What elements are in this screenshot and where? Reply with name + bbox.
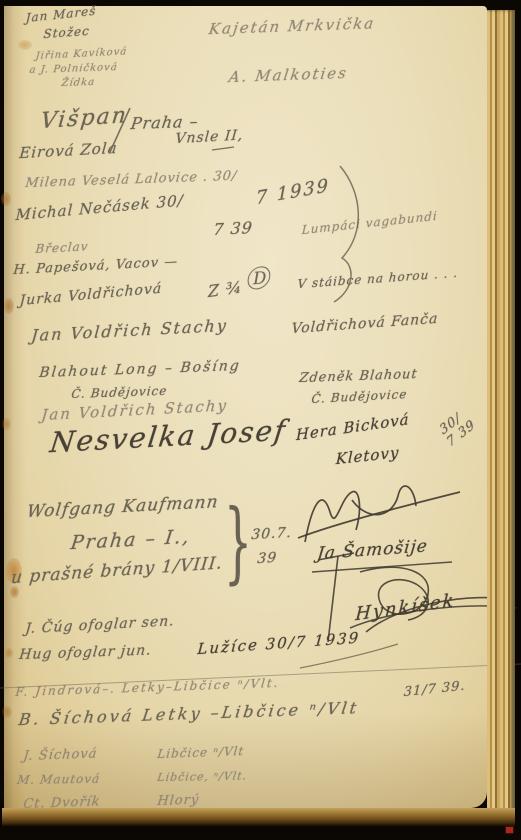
foxing-stain: [18, 40, 32, 50]
signature-m-mautova: M. Mautová: [16, 773, 101, 787]
foxing-stain: [1, 192, 11, 206]
foxing-stain: [2, 418, 11, 430]
foxing-stain: [4, 298, 14, 314]
corner-red-marker: [505, 826, 514, 834]
place-libcice-1: Libčice ⁿ/Vlt: [157, 745, 245, 761]
foxing-stain: [5, 648, 13, 658]
place-libcice-2: Libčice, ⁿ/Vlt.: [157, 770, 248, 783]
signature-vispan: Višpan: [40, 104, 129, 133]
circled-d-mark: Ⓓ: [244, 266, 271, 293]
curly-brace: }: [224, 496, 253, 588]
scanned-guestbook-page: Jan Mareš Stožec Jiřina Kavíková a J. Po…: [0, 0, 521, 840]
book-page-edges: [487, 10, 515, 822]
place-hlory: Hlorý: [157, 794, 200, 809]
book-bottom-edge: [2, 808, 515, 826]
date-39: 39: [257, 551, 278, 567]
date-30-7: 30.7.: [251, 526, 293, 543]
foxing-stain: [2, 706, 12, 718]
signature-zidka: Žídka: [61, 78, 96, 90]
signature-j-sichova: J. Šíchová: [23, 747, 99, 763]
signature-breclav: Břeclav: [35, 240, 89, 255]
date-7-39: 7 39: [213, 220, 254, 239]
